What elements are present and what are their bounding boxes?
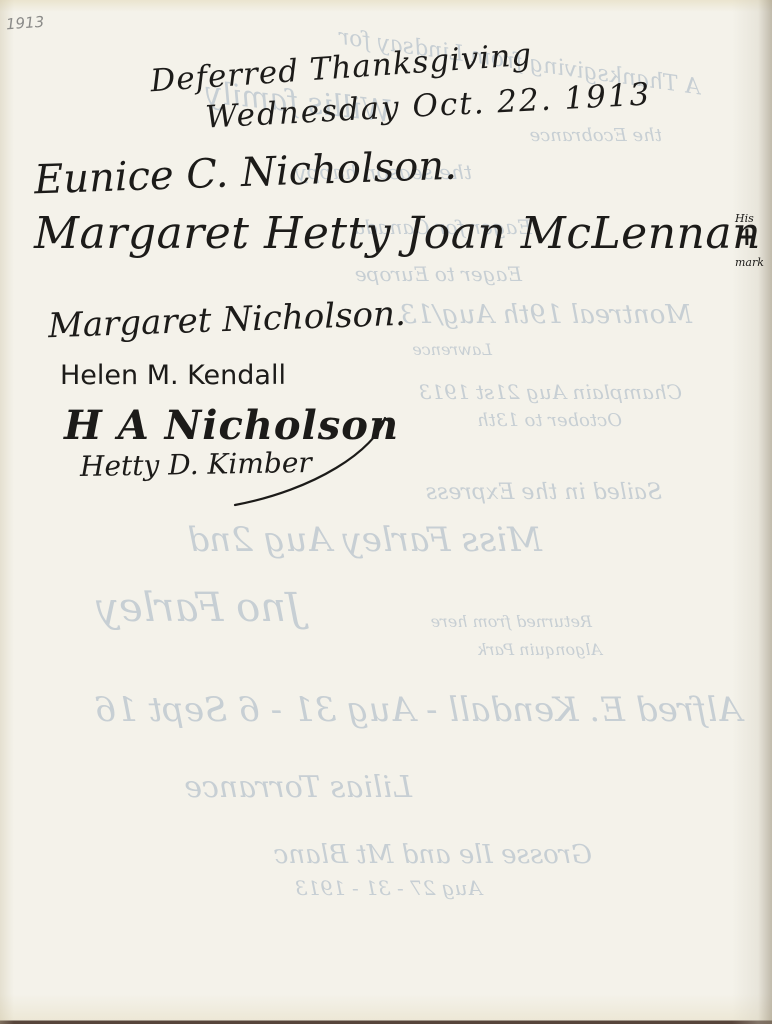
bleed-text: Eager to Europe — [355, 262, 522, 286]
bleed-text: October to 13th — [477, 410, 622, 431]
mark-label-mark: mark — [735, 256, 764, 269]
signature: Helen M. Kendall — [60, 360, 286, 391]
bleed-text: Sailed in the Express — [426, 480, 662, 505]
bleed-text: Alfred E. Kendall - Aug 31 - 6 Sept 16 — [94, 690, 742, 730]
bleed-text: Lilias Torrance — [184, 770, 412, 805]
register-page: 1913 A Thanksgiving from Lindsay for Wil… — [0, 0, 772, 1024]
bleed-text: Algonquin Park — [477, 640, 602, 659]
bleed-text: Miss Farley Aug 2nd — [187, 520, 542, 560]
bleed-text: Montreal 19th Aug/13 — [400, 300, 692, 330]
bleed-text: Aug 27 - 31 - 1913 — [295, 876, 482, 900]
bleed-text: Grosse Ile and Mt Blanc — [274, 840, 592, 870]
signature: Hetty D. Kimber — [80, 446, 312, 483]
bleed-text: Lawrence — [412, 340, 492, 359]
bleed-text: Jno Farley — [96, 585, 302, 631]
cross-mark-icon: + — [736, 222, 758, 252]
signature: Margaret Hetty Joan McLennan Kendall — [34, 208, 772, 259]
bleed-text: Champlain Aug 21st 1913 — [419, 380, 682, 404]
bleed-text: the Ecobrance — [530, 125, 662, 146]
bleed-text: Returned from here — [431, 612, 592, 631]
